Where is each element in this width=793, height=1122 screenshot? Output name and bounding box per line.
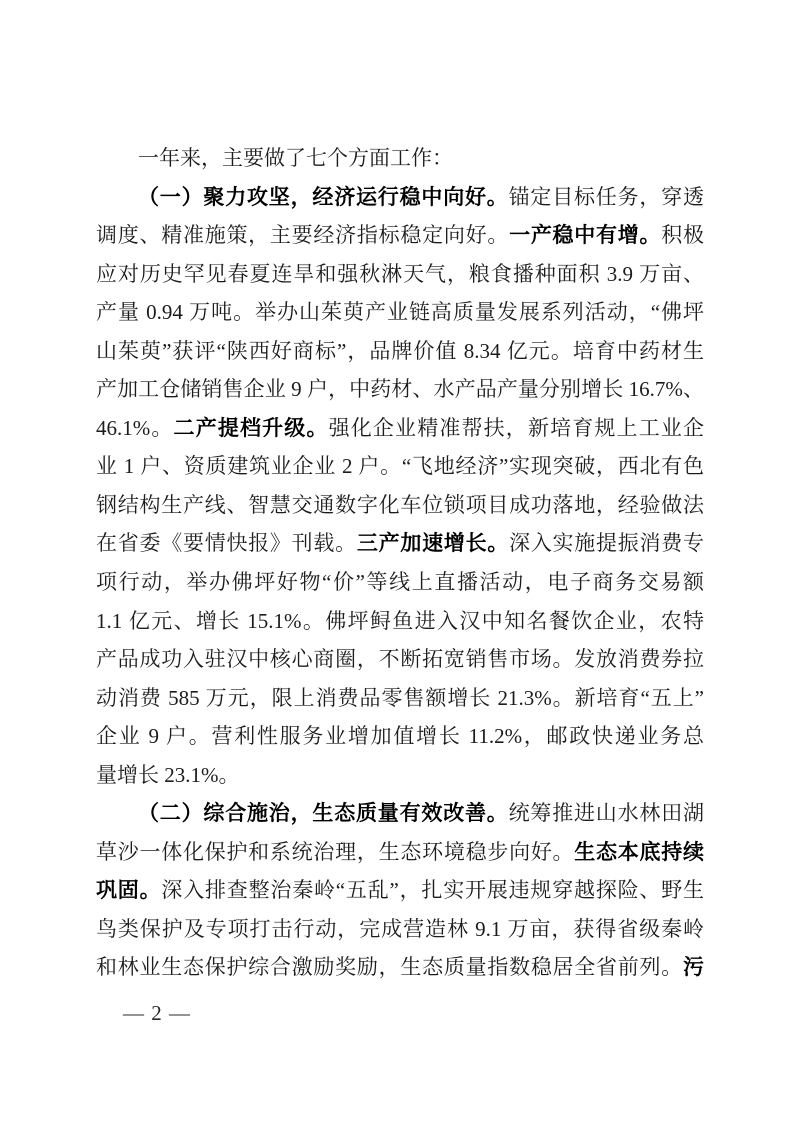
text-run: 一年来，主要做了七个方面工作： <box>138 146 453 170</box>
text-line: 46.1%。二产提档升级。强化企业精准帮扶，新培育规上工业企 <box>96 409 704 448</box>
text-run: 在省委《要情快报》刊载。 <box>96 531 357 555</box>
text-line: 动消费 585 万元，限上消费品零售额增长 21.3%。新培育“五上” <box>96 679 704 718</box>
text-run: 企业 9 户。营利性服务业增加值增长 11.2%，邮政快递业务总 <box>96 724 704 748</box>
text-run: 项行动，举办佛坪好物“价”等线上直播活动，电子商务交易额 <box>96 570 704 594</box>
text-line: 在省委《要情快报》刊载。三产加速增长。深入实施提振消费专 <box>96 524 704 563</box>
bold-text-run: 一产稳中有增。 <box>509 223 661 247</box>
text-run: 动消费 585 万元，限上消费品零售额增长 21.3%。新培育“五上” <box>96 686 704 710</box>
text-run: 锚定目标任务，穿透 <box>509 185 704 209</box>
text-line: 业 1 户、资质建筑业企业 2 户。“飞地经济”实现突破，西北有色 <box>96 447 704 486</box>
text-line: 钢结构生产线、智慧交通数字化车位锁项目成功落地，经验做法 <box>96 486 704 525</box>
bold-text-run: （二）综合施治，生态质量有效改善。 <box>138 801 509 825</box>
text-run: 山茱萸”获评“陕西好商标”，品牌价值 8.34 亿元。培育中药材生 <box>96 339 704 363</box>
text-run: 产品成功入驻汉中核心商圈，不断拓宽销售市场。发放消费券拉 <box>96 647 704 671</box>
text-line: 应对历史罕见春夏连旱和强秋淋天气，粮食播种面积 3.9 万亩、 <box>96 255 704 294</box>
text-line: 和林业生态保护综合激励奖励，生态质量指数稳居全省前列。污 <box>96 948 704 987</box>
text-line: 鸟类保护及专项打击行动，完成营造林 9.1 万亩，获得省级秦岭 <box>96 910 704 949</box>
page-number-footer: — 2 — <box>123 998 191 1028</box>
bold-text-run: 巩固。 <box>96 878 161 902</box>
text-run: 46.1%。 <box>96 416 174 440</box>
text-run: 和林业生态保护综合激励奖励，生态质量指数稳居全省前列。 <box>96 955 683 979</box>
bold-text-run: 生态本底持续 <box>574 840 704 864</box>
text-run: 草沙一体化保护和系统治理，生态环境稳步向好。 <box>96 840 574 864</box>
text-line: 调度、精准施策，主要经济指标稳定向好。一产稳中有增。积极 <box>96 216 704 255</box>
text-run: 业 1 户、资质建筑业企业 2 户。“飞地经济”实现突破，西北有色 <box>96 454 704 478</box>
text-run: 应对历史罕见春夏连旱和强秋淋天气，粮食播种面积 3.9 万亩、 <box>96 262 704 286</box>
text-line: （二）综合施治，生态质量有效改善。统筹推进山水林田湖 <box>96 794 704 833</box>
text-run: 产量 0.94 万吨。举办山茱萸产业链高质量发展系列活动，“佛坪 <box>96 300 704 324</box>
bold-text-run: 二产提档升级。 <box>174 416 329 440</box>
text-run: 1.1 亿元、增长 15.1%。佛坪鲟鱼进入汉中知名餐饮企业，农特 <box>96 609 704 633</box>
text-line: 一年来，主要做了七个方面工作： <box>96 139 704 178</box>
text-line: 产品成功入驻汉中核心商圈，不断拓宽销售市场。发放消费券拉 <box>96 640 704 679</box>
text-line: 产加工仓储销售企业 9 户，中药材、水产品产量分别增长 16.7%、 <box>96 370 704 409</box>
text-run: 统筹推进山水林田湖 <box>509 801 704 825</box>
text-line: 项行动，举办佛坪好物“价”等线上直播活动，电子商务交易额 <box>96 563 704 602</box>
text-line: 量增长 23.1%。 <box>96 756 704 795</box>
document-page: 一年来，主要做了七个方面工作：（一）聚力攻坚，经济运行稳中向好。锚定目标任务，穿… <box>0 0 793 1122</box>
text-run: 深入排查整治秦岭“五乱”，扎实开展违规穿越探险、野生 <box>161 878 704 902</box>
text-run: 深入实施提振消费专 <box>509 531 704 555</box>
document-body-text: 一年来，主要做了七个方面工作：（一）聚力攻坚，经济运行稳中向好。锚定目标任务，穿… <box>96 139 704 987</box>
bold-text-run: 三产加速增长。 <box>357 531 509 555</box>
text-line: 企业 9 户。营利性服务业增加值增长 11.2%，邮政快递业务总 <box>96 717 704 756</box>
text-line: 山茱萸”获评“陕西好商标”，品牌价值 8.34 亿元。培育中药材生 <box>96 332 704 371</box>
text-run: 量增长 23.1%。 <box>96 763 240 787</box>
bold-text-run: （一）聚力攻坚，经济运行稳中向好。 <box>138 185 509 209</box>
text-run: 鸟类保护及专项打击行动，完成营造林 9.1 万亩，获得省级秦岭 <box>96 917 704 941</box>
text-run: 调度、精准施策，主要经济指标稳定向好。 <box>96 223 509 247</box>
text-line: 1.1 亿元、增长 15.1%。佛坪鲟鱼进入汉中知名餐饮企业，农特 <box>96 602 704 641</box>
text-run: 产加工仓储销售企业 9 户，中药材、水产品产量分别增长 16.7%、 <box>96 377 704 401</box>
text-run: 积极 <box>661 223 704 247</box>
text-run: 强化企业精准帮扶，新培育规上工业企 <box>329 416 704 440</box>
text-line: （一）聚力攻坚，经济运行稳中向好。锚定目标任务，穿透 <box>96 178 704 217</box>
text-line: 草沙一体化保护和系统治理，生态环境稳步向好。生态本底持续 <box>96 833 704 872</box>
bold-text-run: 污 <box>683 955 704 979</box>
text-line: 产量 0.94 万吨。举办山茱萸产业链高质量发展系列活动，“佛坪 <box>96 293 704 332</box>
text-run: 钢结构生产线、智慧交通数字化车位锁项目成功落地，经验做法 <box>96 493 704 517</box>
text-line: 巩固。深入排查整治秦岭“五乱”，扎实开展违规穿越探险、野生 <box>96 871 704 910</box>
